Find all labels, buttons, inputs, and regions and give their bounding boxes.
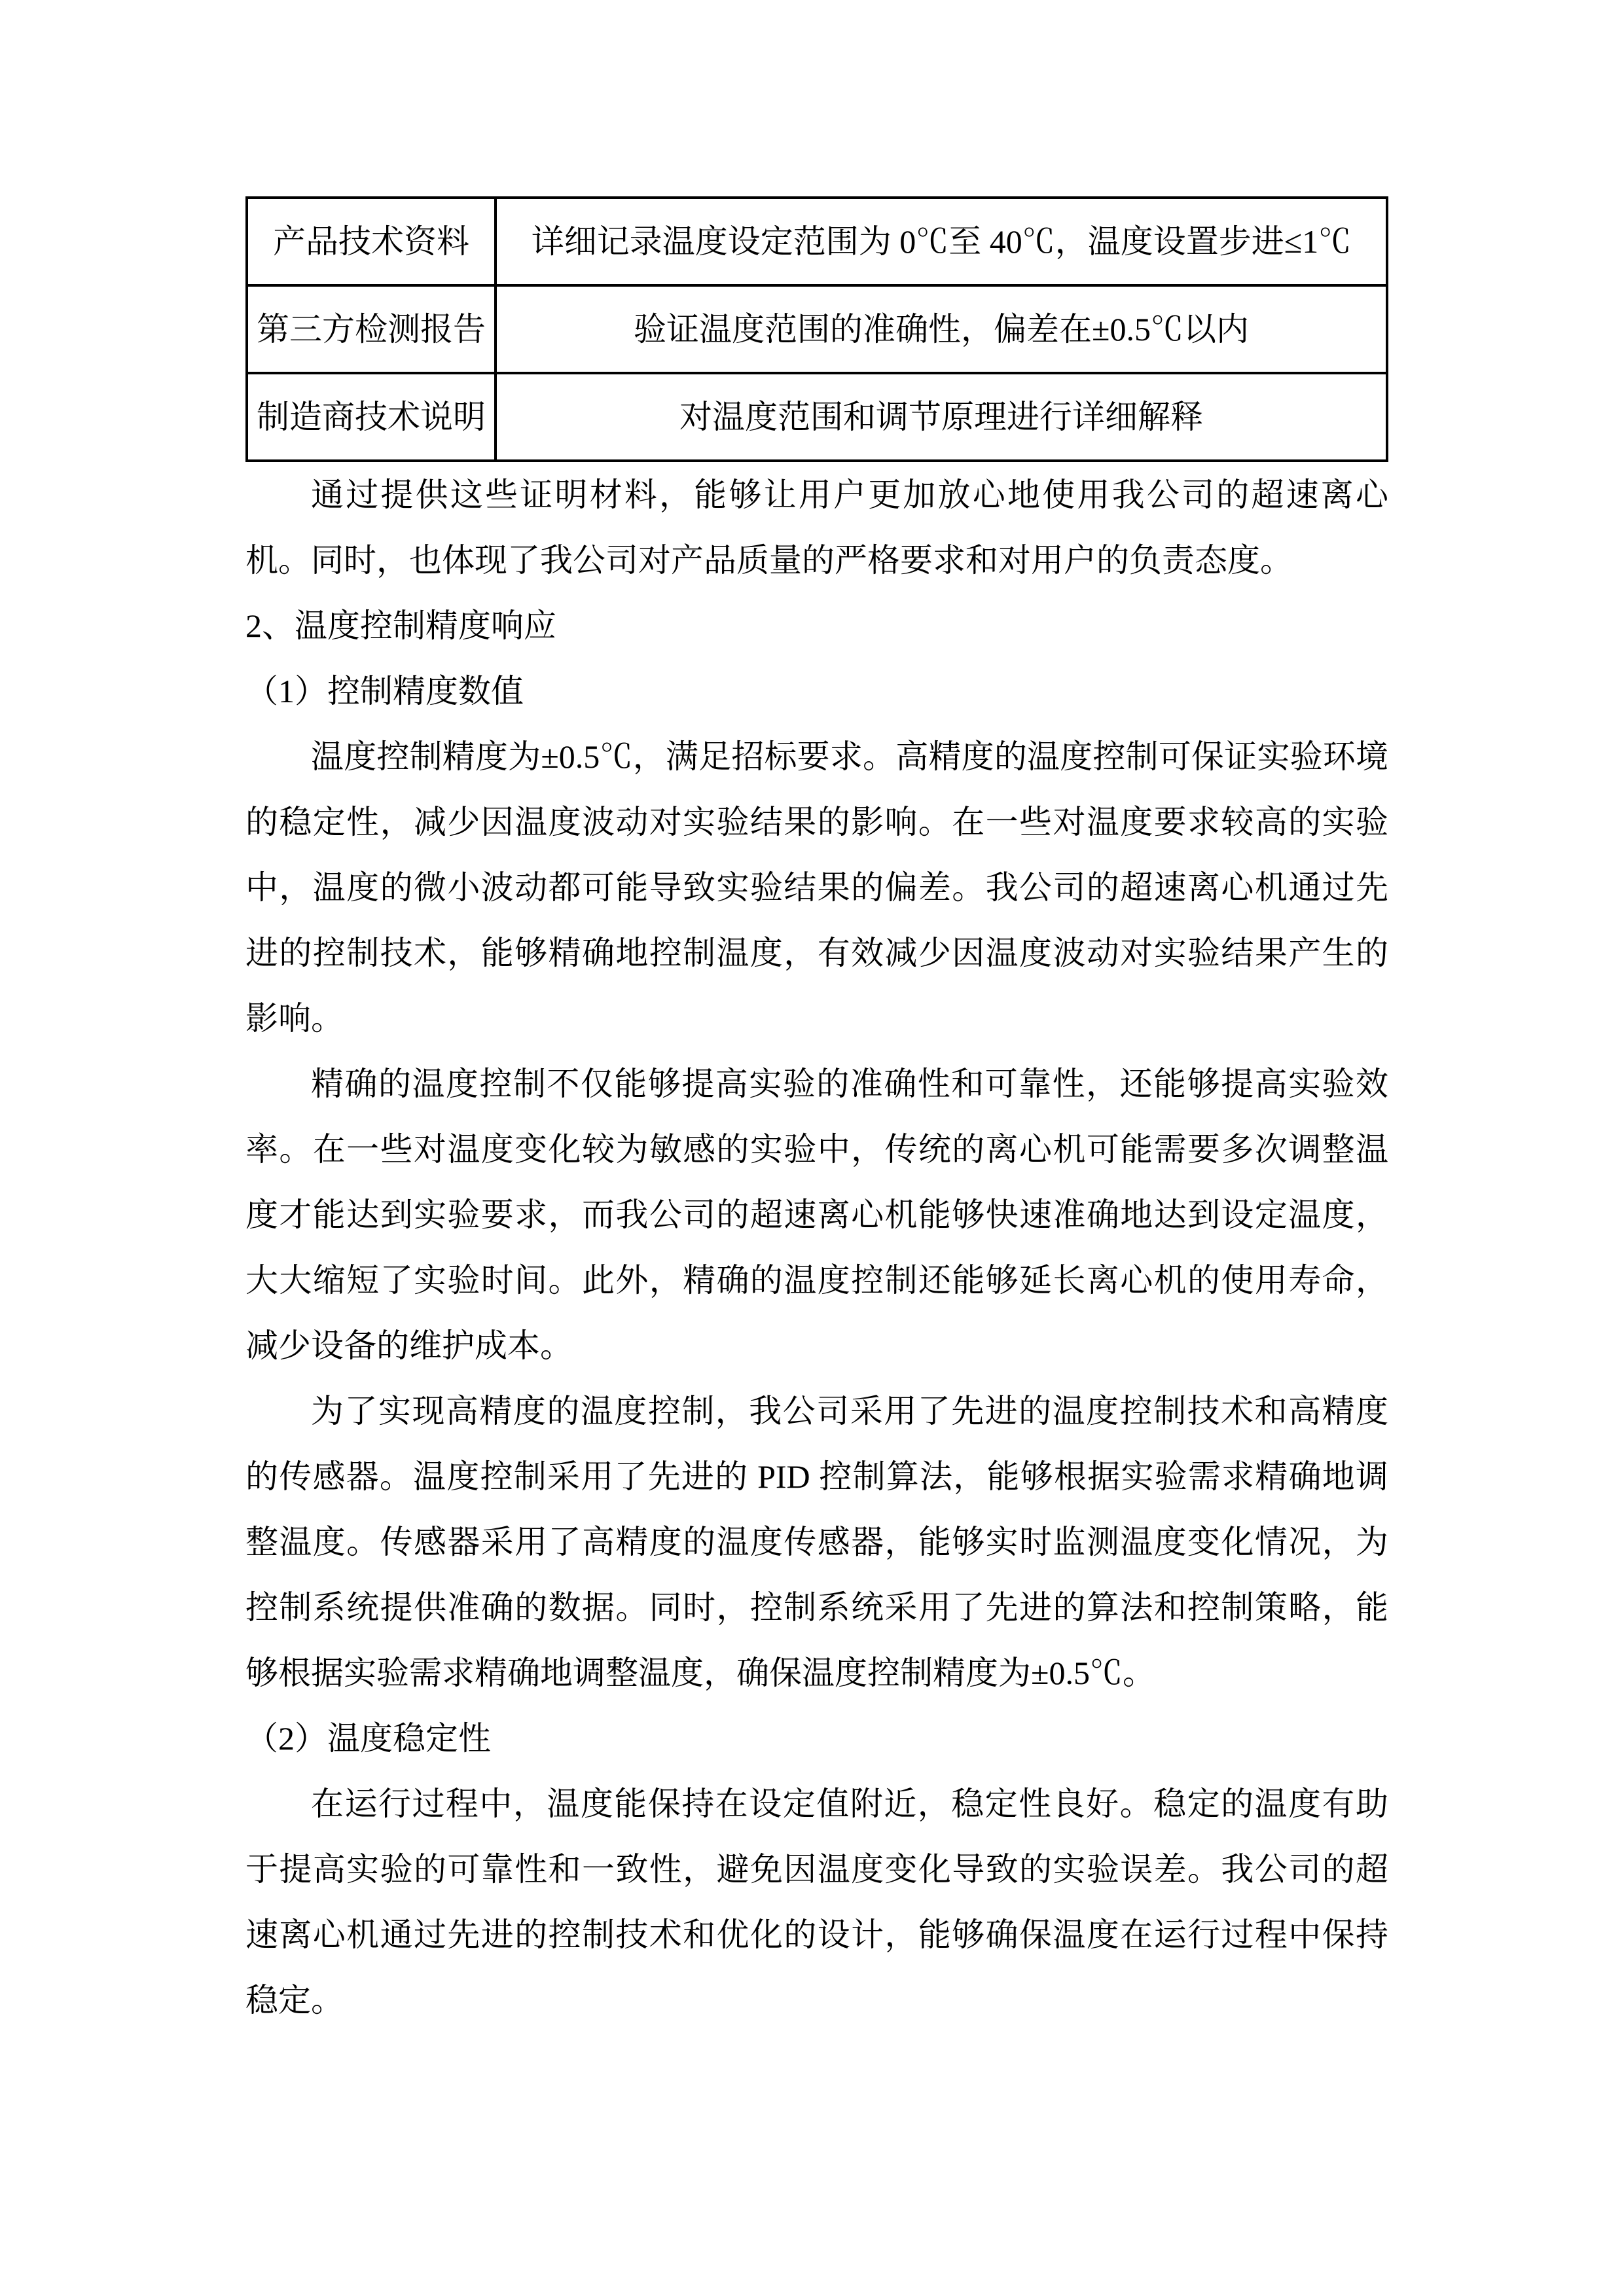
evidence-table: 产品技术资料 详细记录温度设定范围为 0℃至 40℃，温度设置步进≤1℃ 第三方… xyxy=(245,196,1388,462)
table-cell-label: 第三方检测报告 xyxy=(247,285,496,373)
document-content: 产品技术资料 详细记录温度设定范围为 0℃至 40℃，温度设置步进≤1℃ 第三方… xyxy=(245,196,1388,2033)
table-row: 第三方检测报告 验证温度范围的准确性，偏差在±0.5℃以内 xyxy=(247,285,1387,373)
paragraph-stability: 在运行过程中，温度能保持在设定值附近，稳定性良好。稳定的温度有助于提高实验的可靠… xyxy=(245,1771,1388,2033)
table-row: 产品技术资料 详细记录温度设定范围为 0℃至 40℃，温度设置步进≤1℃ xyxy=(247,198,1387,285)
table-cell-value: 验证温度范围的准确性，偏差在±0.5℃以内 xyxy=(496,285,1387,373)
table-cell-label: 制造商技术说明 xyxy=(247,373,496,461)
document-page: 产品技术资料 详细记录温度设定范围为 0℃至 40℃，温度设置步进≤1℃ 第三方… xyxy=(0,0,1624,2296)
subheading-control-precision: （1）控制精度数值 xyxy=(245,658,1388,724)
paragraph-precision-benefit: 精确的温度控制不仅能够提高实验的准确性和可靠性，还能够提高实验效率。在一些对温度… xyxy=(245,1051,1388,1378)
section-heading-2: 2、温度控制精度响应 xyxy=(245,593,1388,658)
paragraph-precision-value: 温度控制精度为±0.5℃，满足招标要求。高精度的温度控制可保证实验环境的稳定性，… xyxy=(245,724,1388,1051)
table-cell-value: 详细记录温度设定范围为 0℃至 40℃，温度设置步进≤1℃ xyxy=(496,198,1387,285)
subheading-temperature-stability: （2）温度稳定性 xyxy=(245,1706,1388,1771)
table-cell-label: 产品技术资料 xyxy=(247,198,496,285)
table-row: 制造商技术说明 对温度范围和调节原理进行详细解释 xyxy=(247,373,1387,461)
table-cell-value: 对温度范围和调节原理进行详细解释 xyxy=(496,373,1387,461)
paragraph-after-table: 通过提供这些证明材料，能够让用户更加放心地使用我公司的超速离心机。同时，也体现了… xyxy=(245,462,1388,593)
paragraph-pid-control: 为了实现高精度的温度控制，我公司采用了先进的温度控制技术和高精度的传感器。温度控… xyxy=(245,1378,1388,1706)
